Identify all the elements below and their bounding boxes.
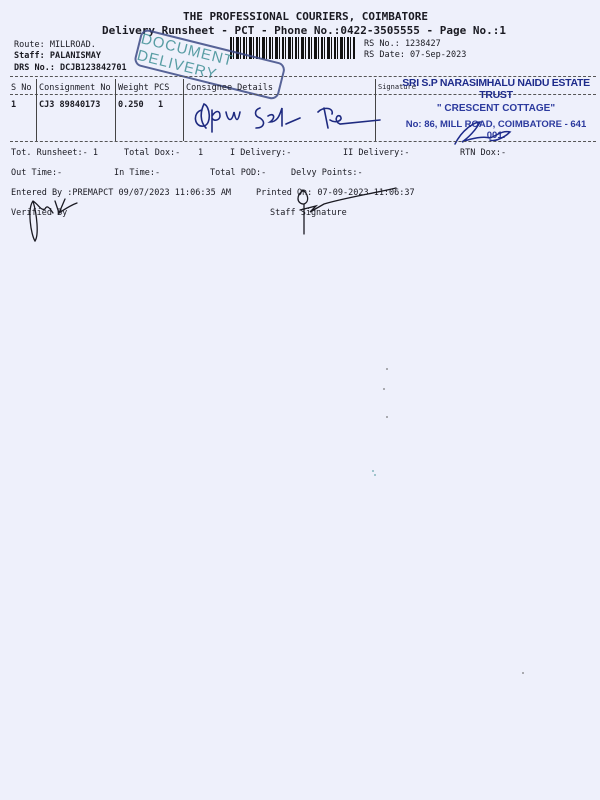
- drs-number: DRS No.: DCJB123842701: [14, 63, 127, 73]
- total-dox-value: 1: [198, 148, 203, 158]
- seal-line-1: SRI S.P NARASIMHALU NAIDU ESTATE TRUST: [396, 77, 596, 101]
- staff-signature: [290, 186, 400, 236]
- col-header-weight: Weight: [118, 83, 149, 93]
- delivery-points: Delvy Points:-: [291, 168, 363, 178]
- total-dox-label: Total Dox:-: [124, 148, 180, 158]
- in-time: In Time:-: [114, 168, 160, 178]
- column-border: [115, 79, 116, 141]
- rs-number: RS No.: 1238427: [364, 39, 441, 49]
- company-title: THE PROFESSIONAL COURIERS, COIMBATORE: [183, 10, 428, 23]
- ii-delivery: II Delivery:-: [343, 148, 410, 158]
- i-delivery: I Delivery:-: [230, 148, 291, 158]
- scan-speck: [374, 474, 376, 476]
- rs-date: RS Date: 07-Sep-2023: [364, 50, 466, 60]
- staff-info: Staff: PALANISMAY: [14, 51, 101, 61]
- column-border: [183, 79, 184, 141]
- divider: [10, 141, 596, 142]
- total-pod: Total POD:-: [210, 168, 266, 178]
- scan-speck: [522, 672, 524, 674]
- col-header-sno: S No: [11, 83, 31, 93]
- consignee-signature: [190, 98, 380, 138]
- row-consignment-no: CJ3 89840173: [39, 100, 100, 110]
- row-weight: 0.250: [118, 100, 144, 110]
- col-header-consignee: Consignee Details: [186, 83, 273, 93]
- col-header-consignment: Consignment No: [39, 83, 111, 93]
- scan-speck: [386, 368, 388, 370]
- out-time: Out Time:-: [11, 168, 62, 178]
- seal-signature: [450, 112, 520, 152]
- scan-speck: [372, 470, 374, 472]
- verifier-signature: [25, 195, 85, 245]
- route-label: Route: MILLROAD.: [14, 40, 96, 50]
- col-header-pcs: PCS: [154, 83, 169, 93]
- scan-speck: [386, 416, 388, 418]
- row-sno: 1: [11, 100, 16, 110]
- scan-speck: [383, 388, 385, 390]
- row-pcs: 1: [158, 100, 163, 110]
- total-runsheet: Tot. Runsheet:- 1: [11, 148, 98, 158]
- rtn-dox: RTN Dox:-: [460, 148, 506, 158]
- column-border: [36, 79, 37, 141]
- staff-name: PALANISMAY: [50, 51, 101, 61]
- staff-label: Staff:: [14, 51, 45, 61]
